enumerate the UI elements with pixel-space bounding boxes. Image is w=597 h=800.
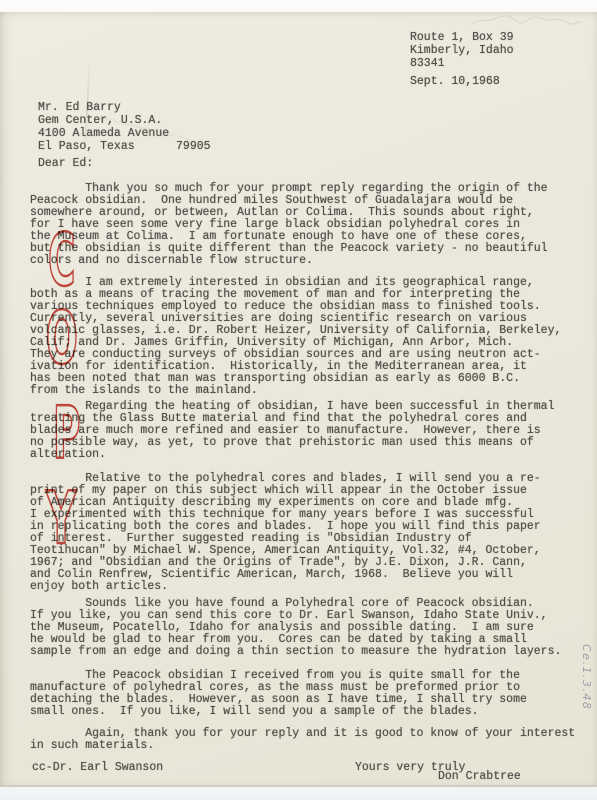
paragraph-7: Again, thank you for your reply and it i… xyxy=(30,728,575,752)
paragraph-6: The Peacock obsidian I received from you… xyxy=(30,670,527,718)
copy-stamp-letter-y: Y xyxy=(45,476,77,554)
letter-scan: Route 1, Box 39 Kimberly, Idaho 83341 Se… xyxy=(0,0,597,800)
scan-strip-bottom xyxy=(0,787,597,800)
copy-stamp-letter-p: P xyxy=(53,392,80,476)
paragraph-3: Regarding the heating of obsidian, I hav… xyxy=(30,401,555,461)
margin-note-handwritten: Ce.1.3.48 xyxy=(580,644,593,710)
paragraph-4: Relative to the polyhedral cores and bla… xyxy=(30,473,541,593)
salutation: Dear Ed: xyxy=(38,158,93,170)
copy-stamp: C O P Y xyxy=(40,222,94,554)
paragraph-2: I am extremely interested in obsidian an… xyxy=(30,277,561,397)
recipient-address: Mr. Ed Barry Gem Center, U.S.A. 4100 Ala… xyxy=(38,101,211,153)
sender-address: Route 1, Box 39 Kimberly, Idaho 83341 xyxy=(410,31,514,70)
copy-stamp-letter-c: C xyxy=(48,222,75,303)
copy-stamp-letter-o: O xyxy=(46,297,78,381)
faint-pencil-scribble xyxy=(468,10,583,32)
paragraph-1: Thank you so much for your prompt reply … xyxy=(30,183,548,267)
signature-name: Don Crabtree xyxy=(438,771,521,783)
paragraph-5: Sounds like you have found a Polyhedral … xyxy=(30,598,561,658)
cc-line: cc-Dr. Earl Swanson xyxy=(32,762,163,774)
date: Sept. 10,1968 xyxy=(410,76,500,88)
